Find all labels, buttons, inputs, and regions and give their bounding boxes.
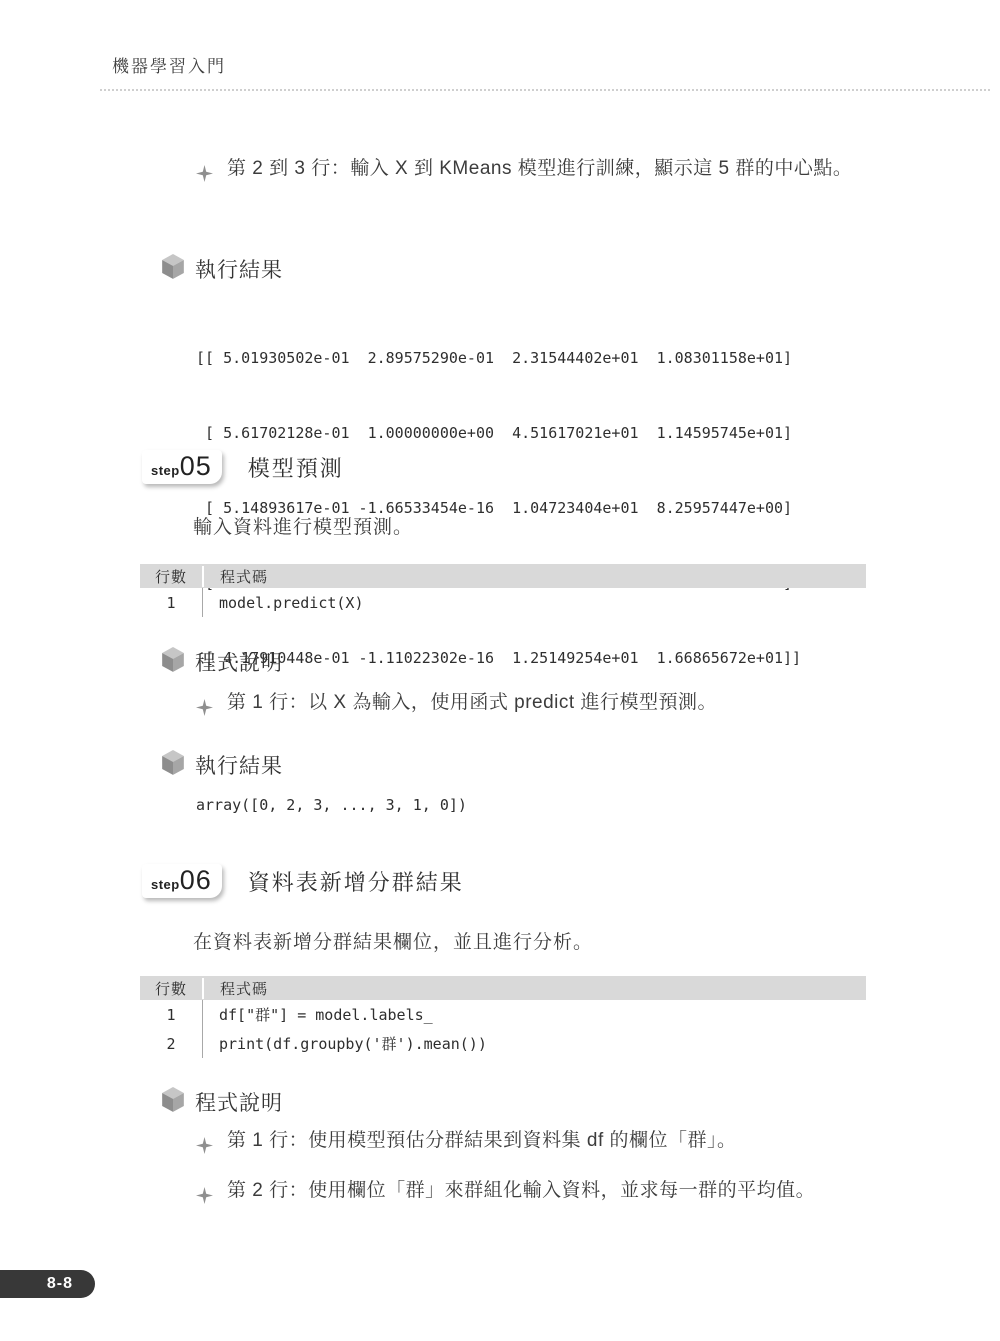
result1-heading-text: 執行結果 [195,254,283,284]
running-head: 機器學習入門 [100,52,990,91]
code-cell: df["群"] = model.labels_ [202,1000,866,1029]
star-bullet-icon [196,160,213,194]
line-number: 1 [140,1006,202,1024]
table-row: 1 df["群"] = model.labels_ [140,1000,866,1029]
explain1-bullet-text: 第 1 行：以 X 為輸入，使用函式 predict 進行模型預測。 [227,686,717,720]
step05-heading: step05 模型預測 [142,450,344,484]
output-line: [[ 5.01930502e-01 2.89575290e-01 2.31544… [196,346,801,371]
explain2-bullet-text: 第 1 行：使用模型預估分群結果到資料集 df 的欄位「群」。 [227,1124,737,1158]
cube-icon [161,1087,185,1119]
result1-heading: 執行結果 [161,252,283,286]
col-code-header: 程式碼 [202,978,866,999]
book-title: 機器學習入門 [100,52,990,89]
explain2-heading-text: 程式說明 [195,1087,283,1117]
explain2-heading: 程式說明 [161,1085,283,1119]
result1-output: [[ 5.01930502e-01 2.89575290e-01 2.31544… [196,296,801,721]
star-bullet-icon [196,694,213,728]
col-line-header: 行數 [140,566,202,587]
header-dotted-rule [100,89,990,91]
output-line: [ 5.61702128e-01 1.00000000e+00 4.516170… [196,421,801,446]
code-table-header: 行數 程式碼 [140,564,866,588]
code-cell: print(df.groupby('群').mean()) [202,1029,866,1058]
col-code-header: 程式碼 [202,566,866,587]
star-bullet-icon [196,1182,213,1216]
line-number: 2 [140,1035,202,1053]
explain1-heading: 程式說明 [161,645,283,679]
code-cell: model.predict(X) [202,588,866,617]
code-table-step05: 行數 程式碼 1 model.predict(X) [140,564,866,617]
intro-bullet: 第 2 到 3 行：輸入 X 到 KMeans 模型進行訓練，顯示這 5 群的中… [196,152,852,194]
step06-title: 資料表新增分群結果 [248,866,464,897]
explain2-bullet: 第 1 行：使用模型預估分群結果到資料集 df 的欄位「群」。 [196,1124,737,1166]
explain2-bullet: 第 2 行：使用欄位「群」來群組化輸入資料，並求每一群的平均值。 [196,1174,815,1216]
step-number: 06 [180,865,212,896]
step-word: step [151,463,180,478]
step-word: step [151,877,180,892]
explain2-bullet-text: 第 2 行：使用欄位「群」來群組化輸入資料，並求每一群的平均值。 [227,1174,815,1208]
book-page: 機器學習入門 第 2 到 3 行：輸入 X 到 KMeans 模型進行訓練，顯示… [0,0,1000,1341]
step05-title: 模型預測 [248,452,344,483]
star-bullet-icon [196,1132,213,1166]
result2-heading: 執行結果 [161,748,283,782]
code-table-step06: 行數 程式碼 1 df["群"] = model.labels_ 2 print… [140,976,866,1058]
table-row: 1 model.predict(X) [140,588,866,617]
step-number: 05 [180,451,212,482]
page-number-badge: 8-8 [0,1270,95,1298]
cube-icon [161,647,185,679]
step06-heading: step06 資料表新增分群結果 [142,864,464,898]
result2-output: array([0, 2, 3, ..., 3, 1, 0]) [196,793,467,818]
code-table-header: 行數 程式碼 [140,976,866,1000]
step06-badge: step06 [142,864,222,898]
cube-icon [161,254,185,286]
result2-heading-text: 執行結果 [195,750,283,780]
table-row: 2 print(df.groupby('群').mean()) [140,1029,866,1058]
step05-description: 輸入資料進行模型預測。 [193,512,413,539]
cube-icon [161,750,185,782]
explain1-heading-text: 程式說明 [195,647,283,677]
line-number: 1 [140,594,202,612]
intro-bullet-text: 第 2 到 3 行：輸入 X 到 KMeans 模型進行訓練，顯示這 5 群的中… [227,152,852,186]
explain1-bullet: 第 1 行：以 X 為輸入，使用函式 predict 進行模型預測。 [196,686,717,728]
step06-description: 在資料表新增分群結果欄位，並且進行分析。 [193,927,593,954]
col-line-header: 行數 [140,978,202,999]
output-line: [ 4.17910448e-01 -1.11022302e-16 1.25149… [196,646,801,671]
step05-badge: step05 [142,450,222,484]
